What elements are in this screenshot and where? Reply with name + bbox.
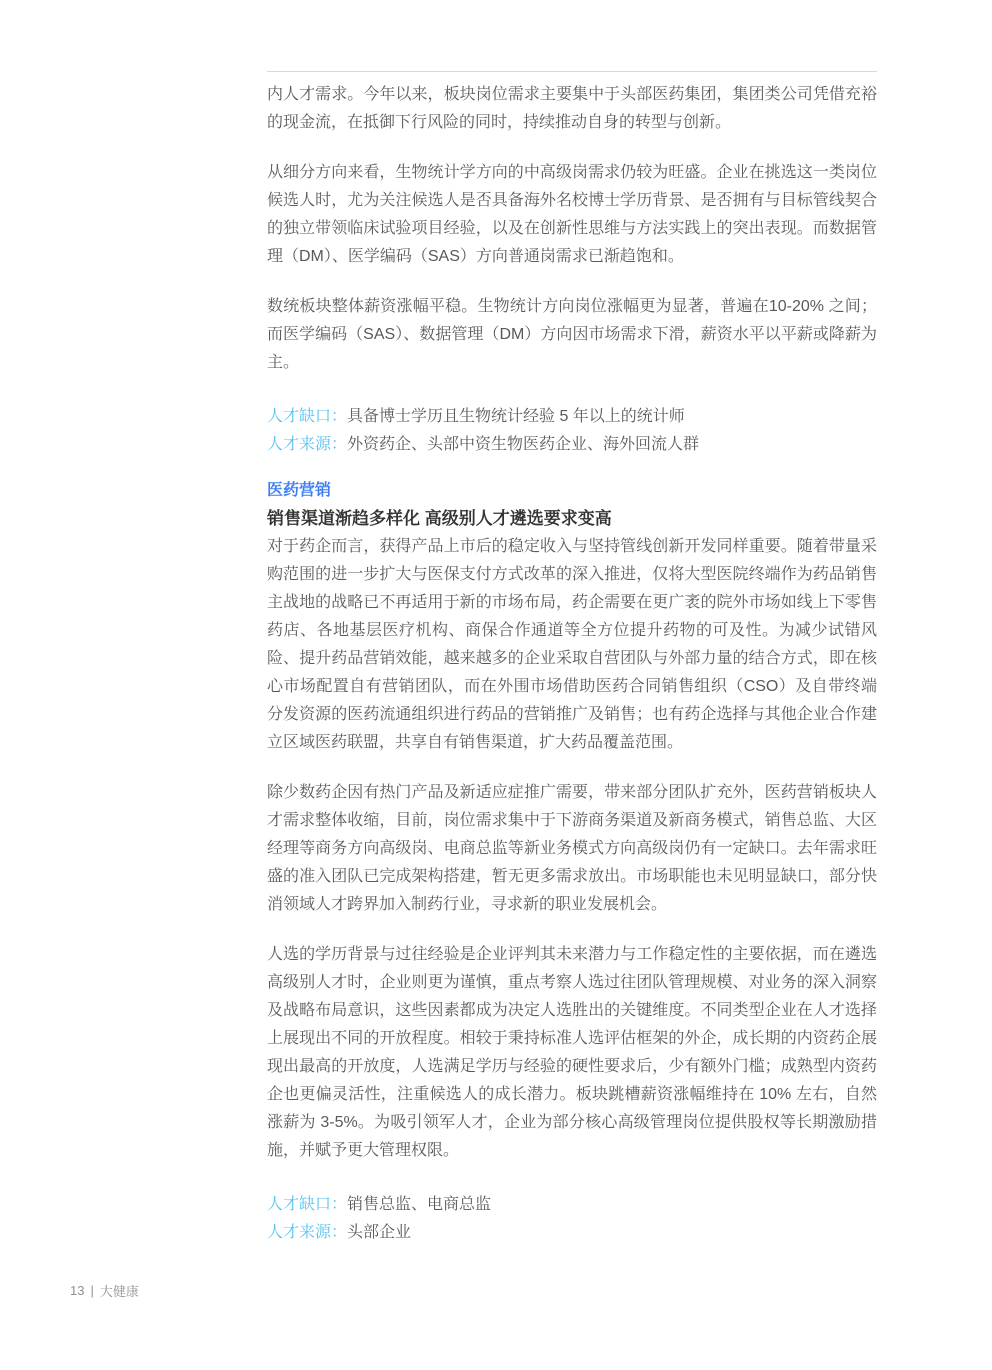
talent-gap-value: 具备博士学历且生物统计经验 5 年以上的统计师 [347, 408, 685, 425]
marketing-talent-info-block: 人才缺口：销售总监、电商总监 人才来源：头部企业 [267, 1191, 877, 1247]
footer-divider: | [90, 1283, 93, 1298]
biostat-talent-info-block: 人才缺口：具备博士学历且生物统计经验 5 年以上的统计师 人才来源：外资药企、头… [267, 403, 877, 459]
footer-section-name: 大健康 [100, 1281, 139, 1300]
page-number: 13 [70, 1283, 84, 1298]
talent-source-value: 外资药企、头部中资生物医药企业、海外回流人群 [347, 436, 699, 453]
page-footer: 13 | 大健康 [70, 1281, 139, 1300]
section-subheading-sales-channels: 销售渠道渐趋多样化 高级别人才遴选要求变高 [267, 505, 877, 533]
talent-source-row: 人才来源：外资药企、头部中资生物医药企业、海外回流人群 [267, 431, 877, 459]
marketing-paragraph-3: 人选的学历背景与过往经验是企业评判其未来潜力与工作稳定性的主要依据，而在遴选高级… [267, 941, 877, 1165]
talent-source-label: 人才来源： [267, 1224, 347, 1241]
intro-paragraph-1: 内人才需求。今年以来，板块岗位需求主要集中于头部医药集团，集团类公司凭借充裕的现… [267, 81, 877, 137]
marketing-paragraph-2: 除少数药企因有热门产品及新适应症推广需要，带来部分团队扩充外，医药营销板块人才需… [267, 779, 877, 919]
talent-source-label: 人才来源： [267, 436, 347, 453]
talent-gap-label: 人才缺口： [267, 1196, 347, 1213]
marketing-paragraph-1: 对于药企而言，获得产品上市后的稳定收入与坚持管线创新开发同样重要。随着带量采购范… [267, 533, 877, 757]
report-page: 内人才需求。今年以来，板块岗位需求主要集中于头部医药集团，集团类公司凭借充裕的现… [0, 0, 992, 1370]
talent-gap-row: 人才缺口：具备博士学历且生物统计经验 5 年以上的统计师 [267, 403, 877, 431]
top-divider [267, 71, 877, 72]
talent-source-value: 头部企业 [347, 1224, 411, 1241]
intro-paragraph-2: 从细分方向来看，生物统计学方向的中高级岗需求仍较为旺盛。企业在挑选这一类岗位候选… [267, 159, 877, 271]
talent-gap-value: 销售总监、电商总监 [347, 1196, 491, 1213]
article-column: 内人才需求。今年以来，板块岗位需求主要集中于头部医药集团，集团类公司凭借充裕的现… [267, 0, 877, 1247]
talent-gap-label: 人才缺口： [267, 408, 347, 425]
section-heading-pharma-marketing: 医药营销 [267, 477, 877, 505]
intro-paragraph-3: 数统板块整体薪资涨幅平稳。生物统计方向岗位涨幅更为显著，普遍在10-20% 之间… [267, 293, 877, 377]
talent-gap-row: 人才缺口：销售总监、电商总监 [267, 1191, 877, 1219]
talent-source-row: 人才来源：头部企业 [267, 1219, 877, 1247]
